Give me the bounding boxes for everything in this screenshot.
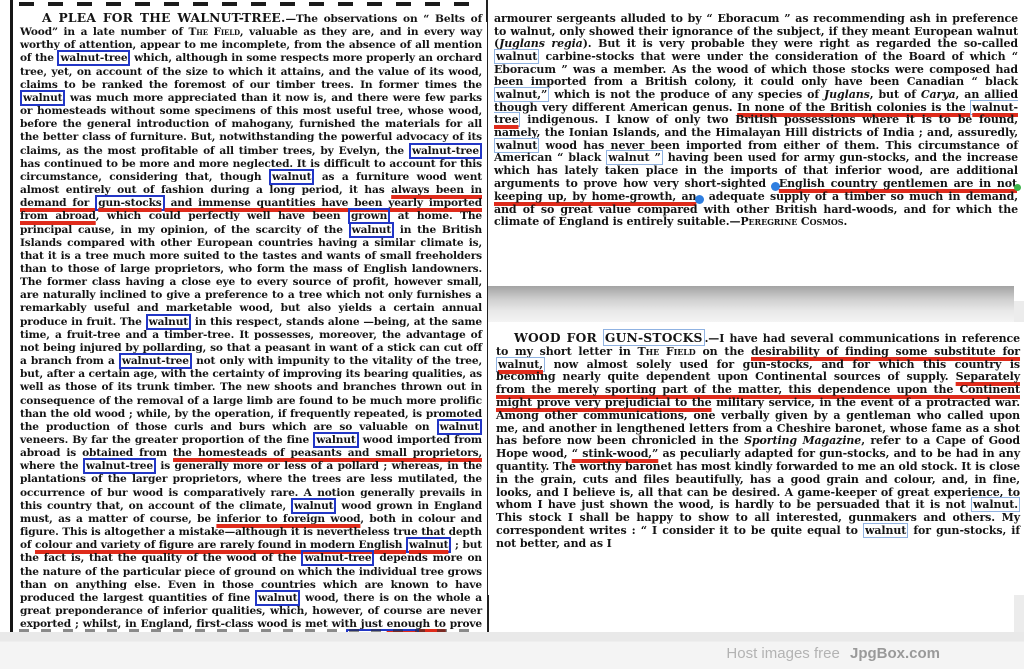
- highlight-box: walnut-tree: [57, 50, 130, 66]
- article-text: armourer sergeants alluded to by “ Ebora…: [494, 12, 1018, 228]
- highlight-box: walnut: [255, 590, 300, 606]
- red-underline-annotation: keeping up, by home-growth, an: [494, 190, 696, 203]
- clipping-armourer-sergeants: armourer sergeants alluded to by “ Ebora…: [488, 0, 1024, 301]
- red-underline-annotation: In none of the British colonies is the: [737, 101, 970, 114]
- italic-text: Sporting Magazine: [744, 434, 861, 447]
- highlight-box: walnut: [437, 419, 482, 435]
- text-segment: indigenous. I know of only two British p…: [494, 113, 1018, 139]
- host-footer-bar: Host images free JpgBox.com: [0, 632, 1024, 669]
- highlight-box: walnut: [863, 523, 908, 538]
- highlight-box: walnut: [20, 90, 65, 106]
- red-underline-annotation: English country gentlemen are in not: [779, 177, 1017, 190]
- text-segment: where the: [20, 460, 83, 472]
- text-segment: which is not the produce of any species …: [549, 88, 824, 101]
- clipping-wood-for-gun-stocks: WOOD FOR GUN-STOCKS.—I have had several …: [488, 322, 1024, 595]
- host-brand-link[interactable]: JpgBox.com: [850, 645, 940, 662]
- text-segment: ). But it is very probable they were rig…: [583, 37, 1018, 50]
- text-segment: .: [843, 215, 847, 228]
- highlight-box: walnut.: [971, 497, 1020, 512]
- red-underline-annotation: desirability of finding some substitute …: [751, 345, 1020, 358]
- highlight-box-underlined: walnut: [406, 537, 451, 553]
- text-segment: , which could perfectly well have been: [96, 210, 348, 222]
- small-caps-text: The Field: [189, 26, 240, 38]
- highlight-box: walnut-tree: [409, 143, 482, 159]
- italic-text: Juglans: [824, 88, 870, 101]
- red-underline-annotation: inferior to foreign wood: [216, 513, 360, 525]
- highlight-box: GUN-STOCKS: [603, 329, 705, 346]
- text-segment: veneers. By far the greater proportion o…: [20, 434, 313, 446]
- text-segment: now almost solely used for gun-stocks, a…: [496, 358, 1020, 384]
- clipping-shadow-gap: [488, 286, 1014, 324]
- highlight-box: walnut-tree: [119, 353, 192, 369]
- highlight-box: walnut: [291, 498, 336, 514]
- text-segment: on the: [696, 345, 751, 358]
- text-segment: in the British Islands compared with oth…: [20, 224, 482, 328]
- red-underline-annotation: the homesteads of peasants and small pro…: [173, 447, 482, 459]
- article-text: A PLEA FOR THE WALNUT-TREE.—The observat…: [20, 13, 482, 633]
- highlight-box: walnut: [349, 222, 394, 238]
- highlight-box: walnut: [313, 432, 358, 448]
- article-heading: A PLEA FOR THE WALNUT-TREE.: [42, 10, 285, 25]
- highlight-box-underlined: walnut,: [496, 357, 545, 372]
- footer-text: Host images free: [726, 645, 839, 662]
- highlight-box: walnut: [269, 169, 314, 185]
- small-caps-text: The Field: [638, 345, 696, 358]
- highlight-box-underlined: gun-stocks: [95, 195, 164, 211]
- highlight-box: walnut-tree: [301, 550, 374, 566]
- clipping-plea-for-walnut-tree: A PLEA FOR THE WALNUT-TREE.—The observat…: [10, 0, 489, 633]
- highlight-box: walnut-tree: [83, 458, 156, 474]
- highlight-box: walnut: [146, 314, 191, 330]
- article-text: WOOD FOR GUN-STOCKS.—I have had several …: [496, 332, 1020, 550]
- text-segment: carbine-stocks that were under the consi…: [494, 50, 1018, 88]
- cutoff-text-row: [19, 2, 481, 6]
- italic-text: Carya: [921, 88, 956, 101]
- red-underline-annotation: “ stink-wood,”: [572, 447, 659, 460]
- small-caps-text: Peregrine Cosmos: [740, 215, 843, 228]
- article-heading: WOOD FOR: [514, 330, 603, 345]
- text-segment: , but of: [870, 88, 921, 101]
